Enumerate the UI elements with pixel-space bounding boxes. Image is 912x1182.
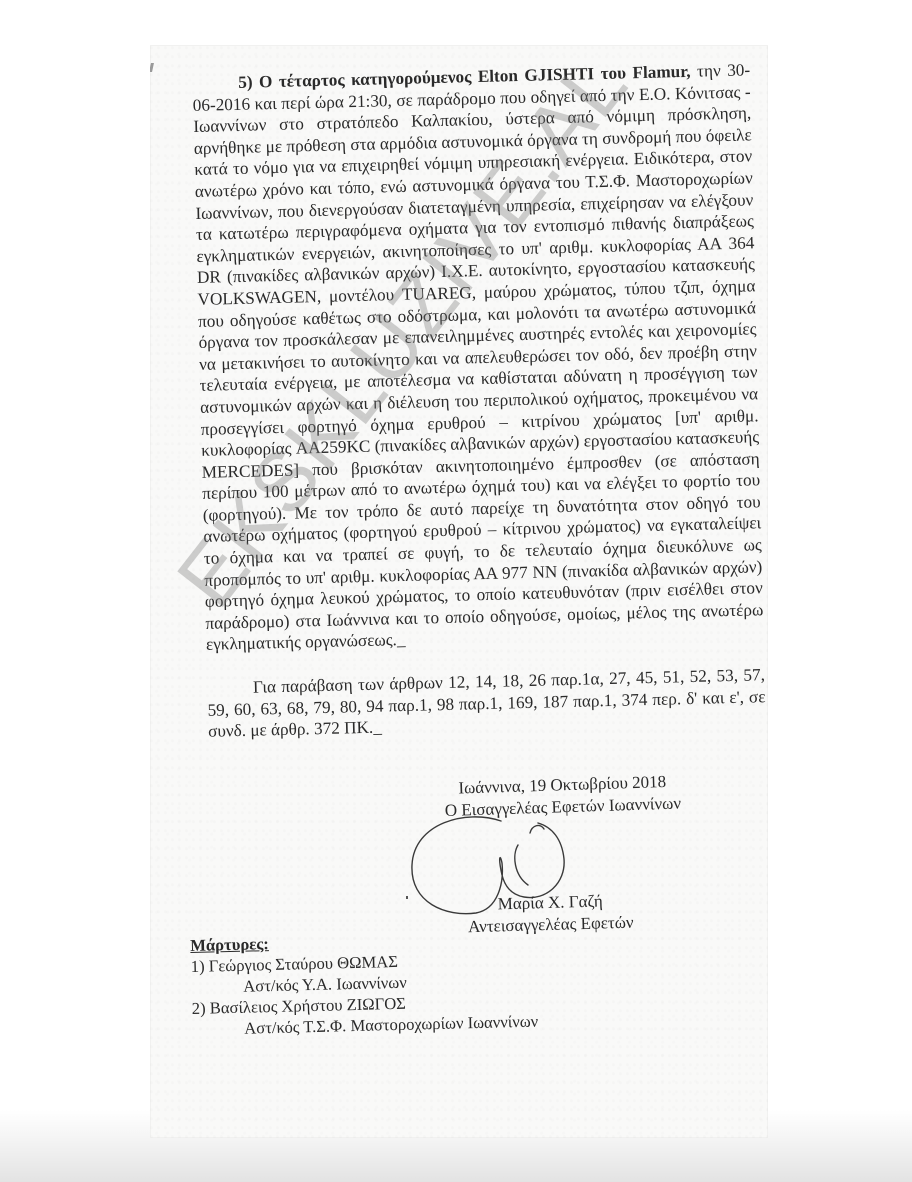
charges-paragraph: Για παράβαση των άρθρων 12, 14, 18, 26 π… bbox=[207, 664, 766, 742]
witnesses-list: Μάρτυρες: 1) Γεώργιος Σταύρου ΘΩΜΑΣ Αστ/… bbox=[190, 925, 612, 1040]
paragraph-accused-5: 5) Ο τέταρτος κατηγορούμενος Elton GJISH… bbox=[192, 59, 764, 655]
scanned-document-page: 5) Ο τέταρτος κατηγορούμενος Elton GJISH… bbox=[150, 45, 768, 1138]
ink-dot bbox=[406, 896, 408, 899]
document-body: 5) Ο τέταρτος κατηγορούμενος Elton GJISH… bbox=[192, 59, 766, 742]
paragraph-text: την 30-06-2016 και περί ώρα 21:30, σε πα… bbox=[193, 60, 764, 654]
scan-edge-mark bbox=[150, 63, 154, 72]
